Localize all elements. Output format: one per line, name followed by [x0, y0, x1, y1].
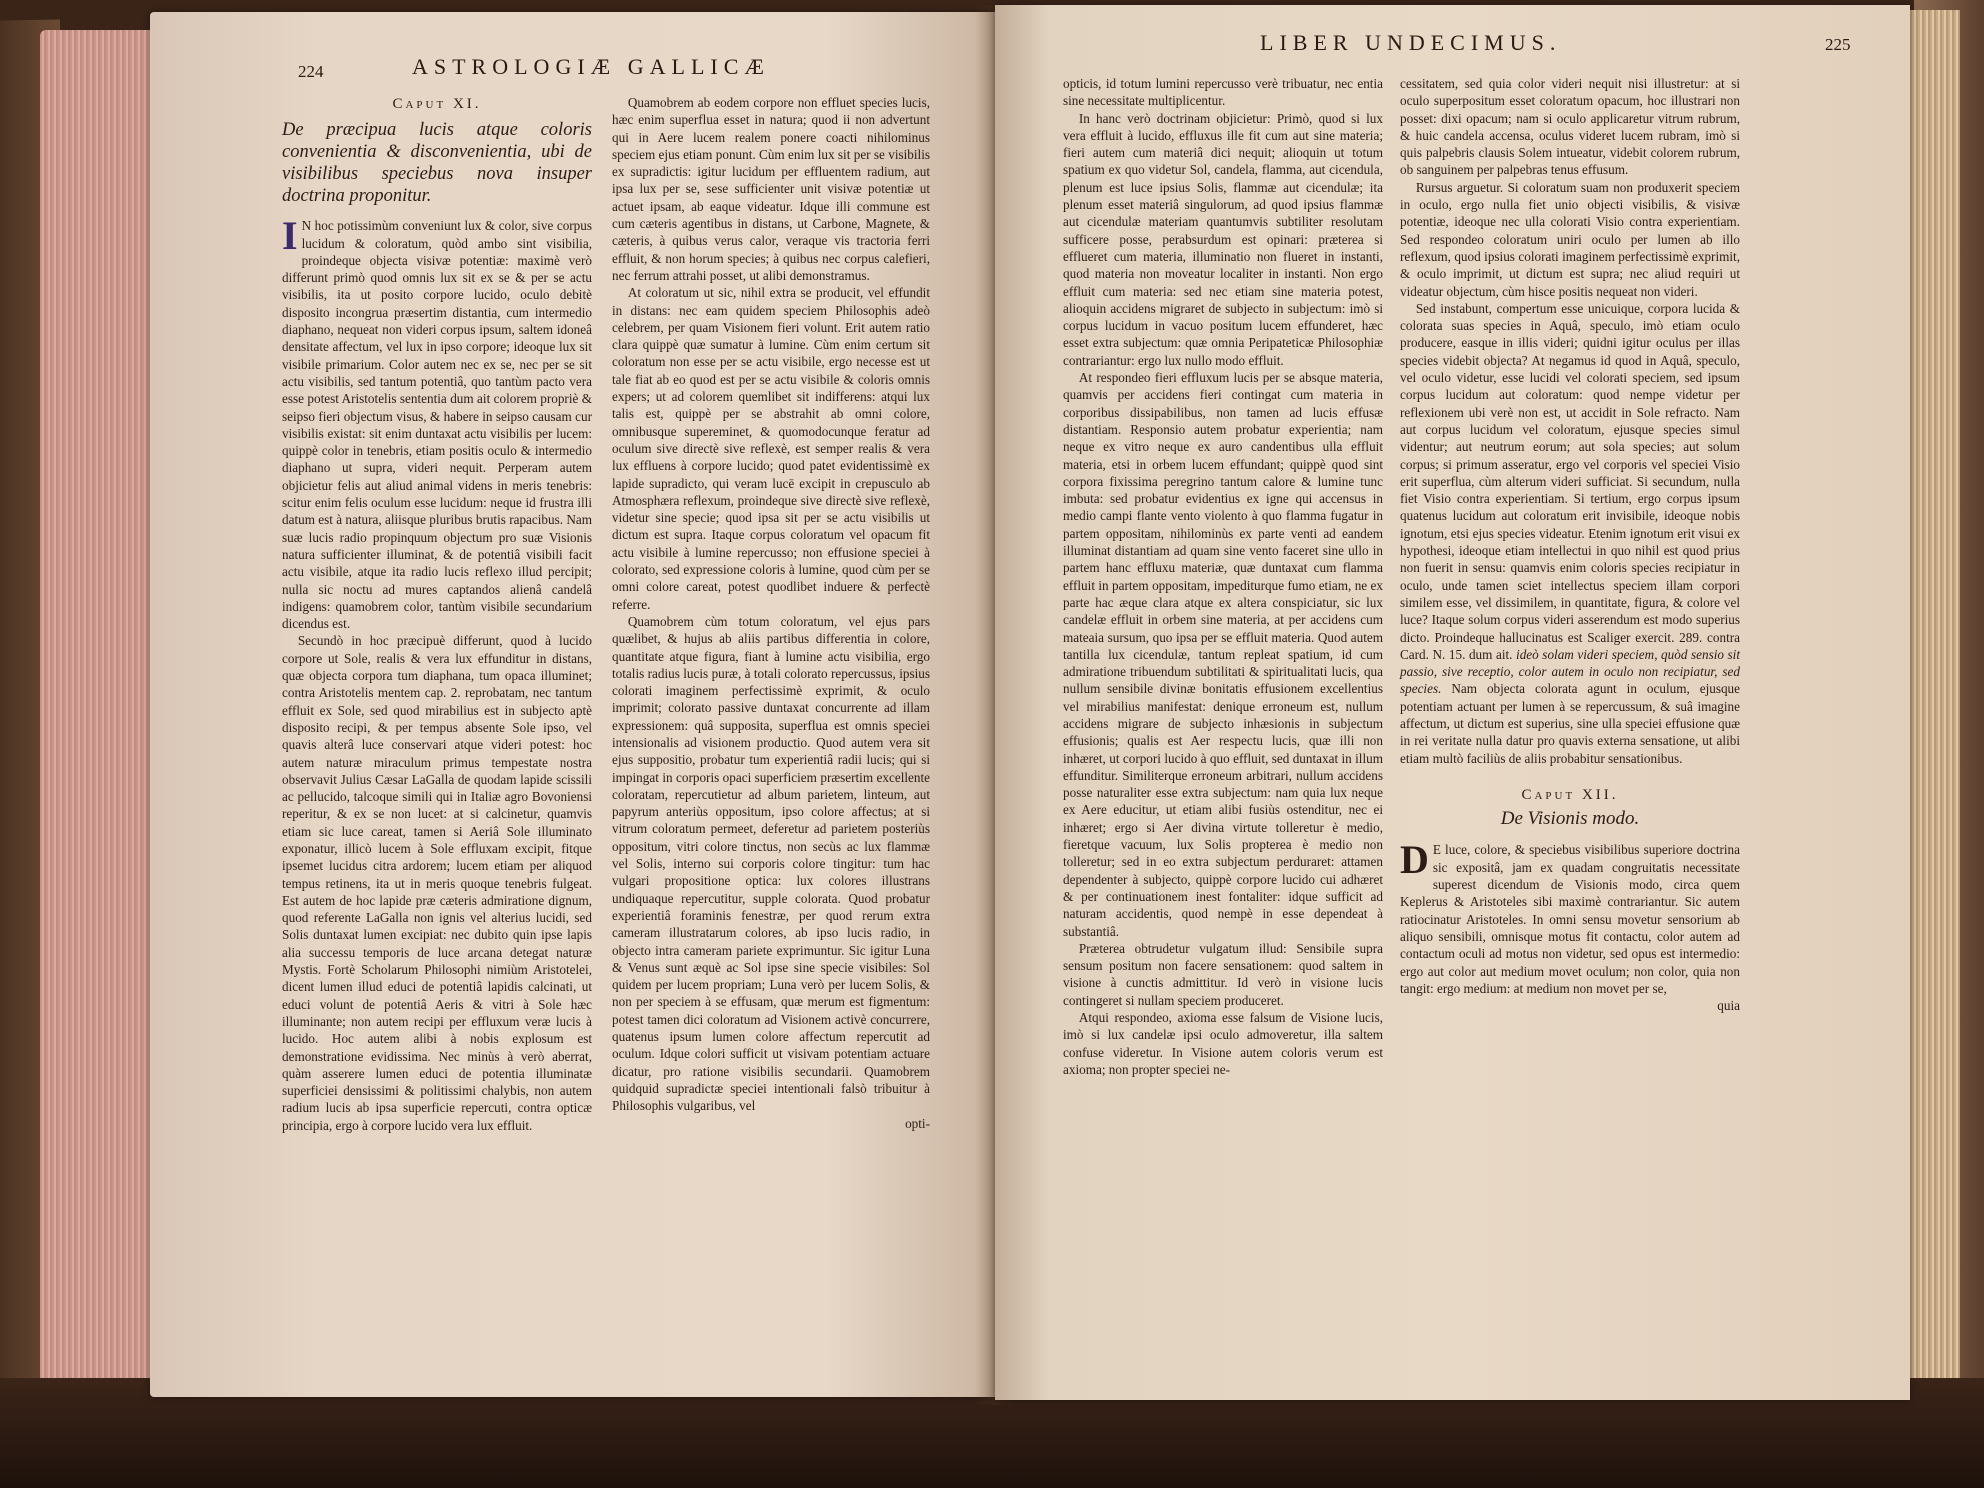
paragraph: Secundò in hoc præcipuè differunt, quod … — [282, 632, 592, 1134]
right-column-2: cessitatem, sed quia color videri nequit… — [1400, 75, 1740, 1014]
paragraph: DE luce, colore, & speciebus visibilibus… — [1400, 841, 1740, 997]
drop-cap: I — [282, 219, 298, 253]
right-column-1: opticis, id totum lumini repercusso verè… — [1063, 75, 1383, 1078]
paragraph: In hanc verò doctrinam objicietur: Primò… — [1063, 110, 1383, 369]
paragraph: Sed instabunt, compertum esse unicuique,… — [1400, 300, 1740, 767]
drop-cap: D — [1400, 843, 1429, 877]
running-head-right: LIBER UNDECIMUS. — [1260, 30, 1561, 56]
paragraph: Atqui respondeo, axioma esse falsum de V… — [1063, 1009, 1383, 1078]
right-page: LIBER UNDECIMUS. 225 opticis, id totum l… — [995, 5, 1910, 1400]
paragraph: At coloratum ut sic, nihil extra se prod… — [612, 284, 930, 613]
catchword: opti- — [612, 1115, 930, 1132]
paragraph: Præterea obtrudetur vulgatum illud: Sens… — [1063, 940, 1383, 1009]
paragraph: Rursus arguetur. Si coloratum suam non p… — [1400, 179, 1740, 300]
paragraph: IN hoc potissimùm conveniunt lux & color… — [282, 217, 592, 632]
paragraph: cessitatem, sed quia color videri nequit… — [1400, 75, 1740, 179]
chapter-title: De præcipua lucis atque coloris convenie… — [282, 119, 592, 207]
catchword: quia — [1400, 997, 1740, 1014]
chapter-heading: Caput XI. — [282, 96, 592, 113]
left-column-2: Quamobrem ab eodem corpore non effluet s… — [612, 94, 930, 1132]
running-head-left: ASTROLOGIÆ GALLICÆ — [412, 54, 770, 80]
left-column-1: Caput XI. De præcipua lucis atque colori… — [282, 94, 592, 1134]
paragraph: opticis, id totum lumini repercusso verè… — [1063, 75, 1383, 110]
chapter-title: De Visionis modo. — [1400, 810, 1740, 827]
paragraph: Quamobrem cùm totum coloratum, vel ejus … — [612, 613, 930, 1115]
page-edges-left — [40, 30, 160, 1410]
left-page: 224 ASTROLOGIÆ GALLICÆ Caput XI. De præc… — [150, 12, 995, 1397]
paragraph: Quamobrem ab eodem corpore non effluet s… — [612, 94, 930, 284]
page-number-left: 224 — [298, 62, 324, 82]
chapter-heading: Caput XII. — [1400, 787, 1740, 804]
page-number-right: 225 — [1825, 35, 1851, 55]
paragraph: At respondeo fieri effluxum lucis per se… — [1063, 369, 1383, 940]
